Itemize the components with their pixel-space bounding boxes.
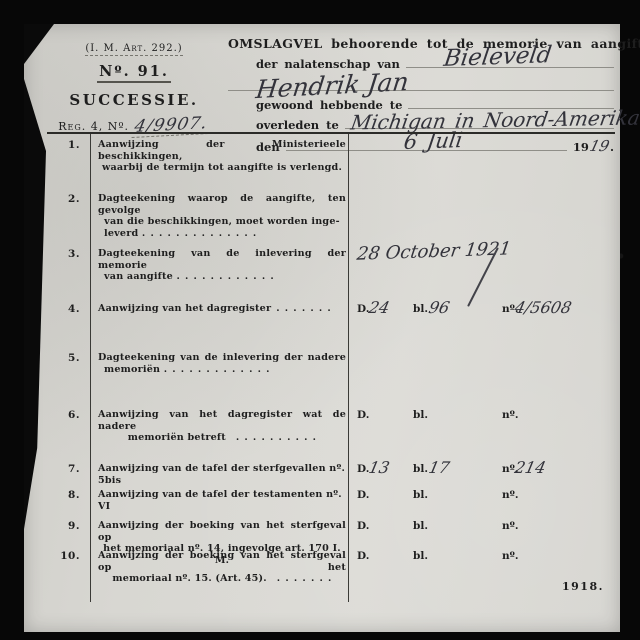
register-reference-cell: D. 24 bl. 96 nº. 4/5608 [355, 303, 613, 323]
nummer-value-handwritten: 4/5608 [513, 298, 573, 317]
table-vertical-divider-left [90, 134, 91, 602]
description-line: waarbij de termijn tot aangifte is verle… [98, 162, 346, 174]
description-line: Dagteekening van de inlevering der nader… [98, 352, 346, 364]
description-line: memoriën . . . . . . . . . . . . . [98, 364, 346, 376]
deel-label: D. [357, 520, 369, 532]
row-description: Aanwijzing van de tafel der testamenten … [98, 489, 346, 512]
row-description: Aanwijzing van het dagregister wat de na… [98, 409, 346, 444]
table-top-border [47, 132, 615, 134]
row-description: Dagteekening van de inlevering der memor… [98, 248, 346, 283]
row-number: 7. [36, 463, 80, 475]
deel-label: D. [357, 550, 369, 562]
description-line: Aanwijzing der boeking van het sterfgeva… [98, 550, 346, 573]
register-reference-cell: D. 13 bl. 17 nº. 214 [355, 463, 613, 483]
deel-label: D. [357, 409, 369, 421]
description-line: leverd . . . . . . . . . . . . . . [98, 228, 346, 240]
blad-label: bl. [413, 520, 428, 532]
form-print-year: 1918. [562, 580, 604, 593]
form-table: 1. Aanwijzing der Ministerieele beschikk… [24, 24, 620, 632]
row-number: 5. [36, 352, 80, 364]
scanned-document-page: (I. M. Art. 292.) Nº. 91. SUCCESSIE. Reg… [24, 24, 620, 632]
description-line: Aanwijzing van de tafel der testamenten … [98, 489, 346, 512]
blad-label: bl. [413, 550, 428, 562]
blad-label: bl. [413, 409, 428, 421]
deel-value-handwritten: 24 [367, 298, 391, 317]
description-line: Aanwijzing van de tafel der sterfgevalle… [98, 463, 346, 486]
row-number: 1. [36, 139, 80, 151]
row-description: Aanwijzing der boeking van het sterfgeva… [98, 550, 346, 585]
blad-label: bl. [413, 463, 428, 475]
description-line: van die beschikkingen, moet worden inge- [98, 216, 346, 228]
row-description: Dagteekening waarop de aangifte, ten gev… [98, 193, 346, 239]
row-number: 4. [36, 303, 80, 315]
nummer-value-handwritten: 214 [513, 458, 548, 477]
register-reference-cell: D. bl. nº. [355, 550, 613, 570]
row-number: 8. [36, 489, 80, 501]
row-description: Dagteekening van de inlevering der nader… [98, 352, 346, 375]
nummer-label: nº. [502, 550, 519, 562]
table-vertical-divider-right [348, 134, 349, 602]
nummer-label: nº. [502, 520, 519, 532]
description-line: memoriaal nº. 15. (Art. 45). . . . . . .… [98, 573, 346, 585]
row-number: 2. [36, 193, 80, 205]
description-line: Aanwijzing van het dagregister wat de na… [98, 409, 346, 432]
blad-label: bl. [413, 489, 428, 501]
description-line: Dagteekening waarop de aangifte, ten gev… [98, 193, 346, 216]
blad-value-handwritten: 17 [427, 458, 451, 477]
description-line: Aanwijzing der boeking van het sterfgeva… [98, 520, 346, 543]
deel-label: D. [357, 489, 369, 501]
row-number: 6. [36, 409, 80, 421]
blad-label: bl. [413, 303, 428, 315]
nummer-label: nº. [502, 489, 519, 501]
register-reference-cell: D. bl. nº. [355, 520, 613, 540]
row-description: Aanwijzing van het dagregister . . . . .… [98, 303, 346, 315]
row-number: 10. [36, 550, 80, 562]
row-description: Aanwijzing van de tafel der sterfgevalle… [98, 463, 346, 486]
row-description: Aanwijzing der Ministerieele beschikking… [98, 139, 346, 174]
description-line: Aanwijzing der Ministerieele beschikking… [98, 139, 346, 162]
register-reference-cell: D. bl. nº. [355, 489, 613, 509]
row-number: 3. [36, 248, 80, 260]
description-line: Dagteekening van de inlevering der memor… [98, 248, 346, 271]
description-line: van aangifte . . . . . . . . . . . . [98, 271, 346, 283]
nummer-label: nº. [502, 409, 519, 421]
deel-value-handwritten: 13 [367, 458, 391, 477]
row-number: 9. [36, 520, 80, 532]
blad-value-handwritten: 96 [427, 298, 451, 317]
register-reference-cell: D. bl. nº. [355, 409, 613, 429]
description-line: Aanwijzing van het dagregister . . . . .… [98, 303, 346, 315]
description-line: memoriën betreft . . . . . . . . . . [98, 432, 346, 444]
